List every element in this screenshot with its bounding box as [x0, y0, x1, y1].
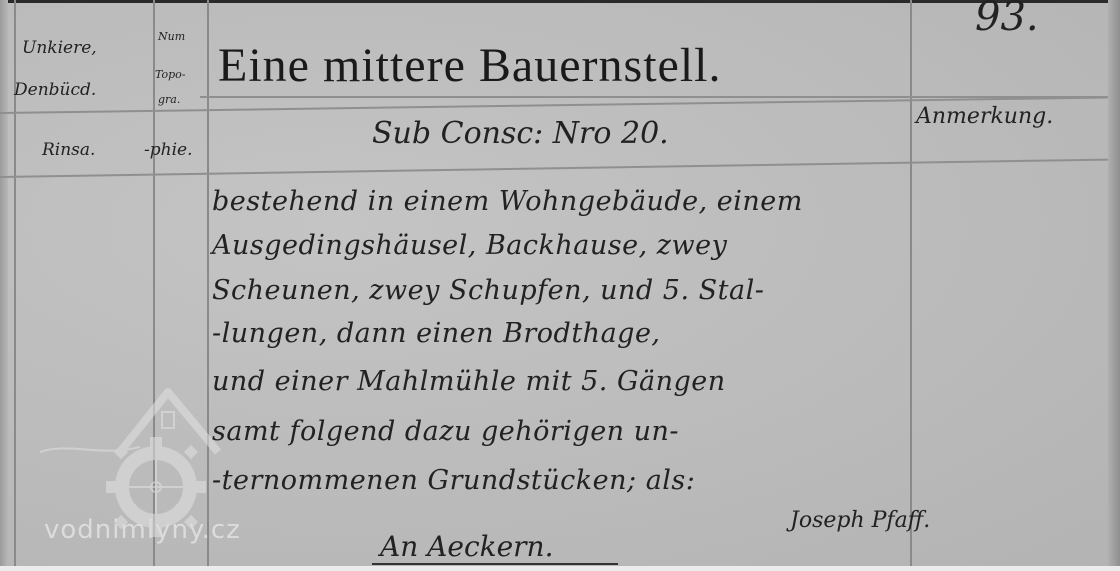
page-title: Eine mittere Bauernstell. [218, 38, 722, 93]
document-page: Unkiere, Denbücd. Num Topo- gra. Rinsa. … [0, 0, 1120, 566]
top-border [0, 0, 1120, 3]
body-line-1: bestehend in einem Wohngebäude, einem [212, 186, 803, 217]
col2-header-line2: Topo- [155, 68, 186, 81]
section-heading-fields: An Aeckern. [380, 530, 553, 563]
rule-vertical-remarks [910, 0, 912, 566]
col1-header-line2: Denbücd. [14, 80, 96, 100]
watermark-text: vodnimlyny.cz [44, 515, 241, 545]
body-line-4: -lungen, dann einen Brodthage, [212, 318, 661, 349]
signature: Joseph Pfaff. [790, 508, 930, 533]
col2-header-line3: gra. [158, 93, 180, 106]
page-number: 93. [975, 0, 1039, 40]
remarks-header: Anmerkung. [916, 104, 1053, 129]
col2-header-line1: Num [158, 30, 185, 43]
bottom-border [0, 566, 1120, 571]
rule-horizontal-title [200, 96, 1108, 98]
rule-horizontal-subheader [0, 159, 1108, 178]
section-heading-underline [372, 563, 618, 565]
body-line-2: Ausgedingshäusel, Backhause, zwey [212, 230, 727, 261]
page-right-edge [1108, 0, 1120, 566]
col2-subheader: -phie. [144, 140, 192, 160]
col1-header-line1: Unkiere, [22, 38, 97, 58]
consc-number: Sub Consc: Nro 20. [372, 116, 669, 151]
page-left-edge [0, 0, 8, 566]
col1-subheader: Rinsa. [42, 140, 95, 160]
body-line-3: Scheunen, zwey Schupfen, und 5. Stal- [212, 275, 764, 306]
